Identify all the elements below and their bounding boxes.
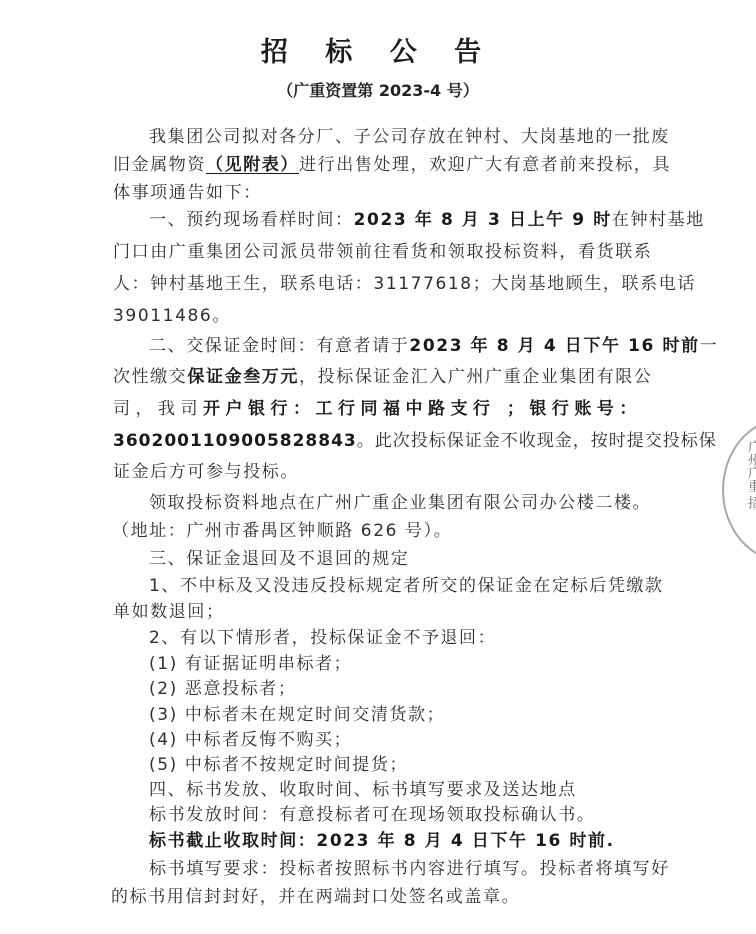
section3-heading: 三、保证金退回及不退回的规定 bbox=[149, 548, 684, 570]
bank-info: 开户银行：工行同福中路支行 ；银行账号： bbox=[203, 399, 642, 419]
section2-text: 次性缴交 bbox=[113, 367, 187, 387]
section4-heading: 四、标书发放、收取时间、标书填写要求及送达地点 bbox=[149, 779, 684, 801]
forfeit-case-2: (2) 恶意投标者； bbox=[149, 678, 684, 700]
intro-line-2: 旧金属物资（见附表）进行出售处理，欢迎广大有意者前来投标，具 bbox=[113, 154, 648, 176]
section2-line-1: 二、交保证金时间：有意者请于2023 年 8 月 4 日下午 16 时前一 bbox=[149, 335, 648, 357]
section1-line-3: 人：钟村基地王生，联系电话：31177618；大岗基地顾生，联系电话 bbox=[113, 273, 648, 295]
section2-text: ，投标保证金汇入广州广重企业集团有限公 bbox=[299, 367, 652, 387]
document-title: 招 标 公 告 bbox=[0, 30, 756, 69]
deposit-amount: 保证金叁万元 bbox=[187, 367, 299, 387]
intro-line-3: 体事项通告如下： bbox=[113, 182, 648, 204]
section2-line-4: 3602001109005828843。此次投标保证金不收现金，按时提交投标保 bbox=[113, 430, 648, 452]
intro-text: 进行出售处理，欢迎广大有意者前来投标，具 bbox=[299, 155, 671, 175]
section2-text: 司，我司 bbox=[113, 399, 203, 419]
pickup-address: （地址：广州市番禺区钟顺路 626 号）。 bbox=[112, 520, 647, 542]
section1-label: 一、预约现场看样时间： bbox=[149, 210, 354, 230]
section2-line-2: 次性缴交保证金叁万元，投标保证金汇入广州广重企业集团有限公 bbox=[113, 366, 648, 388]
forfeit-case-1: (1) 有证据证明串标者； bbox=[149, 653, 684, 675]
bid-fill-requirement-line-2: 的标书用信封封好，并在两端封口处签名或盖章。 bbox=[111, 886, 646, 908]
section1-line-4: 39011486。 bbox=[113, 305, 648, 327]
bid-fill-requirement-line-1: 标书填写要求：投标者按照标书内容进行填写。投标者将填写好 bbox=[149, 858, 648, 880]
section1-text: 在钟村基地 bbox=[612, 210, 705, 230]
viewing-time: 2023 年 8 月 3 日上午 9 时 bbox=[354, 210, 612, 230]
section1-line-1: 一、预约现场看样时间：2023 年 8 月 3 日上午 9 时在钟村基地 bbox=[149, 209, 648, 231]
section3-item1-line-2: 单如数退回； bbox=[113, 601, 648, 623]
deposit-deadline: 2023 年 8 月 4 日下午 16 时前 bbox=[409, 336, 699, 356]
section2-text: 。此次投标保证金不收现金，按时提交投标保 bbox=[357, 431, 717, 451]
intro-line-1: 我集团公司拟对各分厂、子公司存放在钟村、大岗基地的一批废 bbox=[149, 126, 648, 148]
forfeit-case-4: (4) 中标者反悔不购买； bbox=[149, 729, 684, 751]
forfeit-case-5: (5) 中标者不按规定时间提货； bbox=[149, 754, 684, 776]
section2-label: 二、交保证金时间：有意者请于 bbox=[149, 336, 409, 356]
intro-text: 旧金属物资 bbox=[113, 155, 206, 175]
section2-line-5: 证金后方可参与投标。 bbox=[113, 461, 648, 483]
section2-text: 一 bbox=[700, 336, 719, 356]
bank-account-number: 3602001109005828843 bbox=[113, 431, 357, 451]
section1-line-2: 门口由广重集团公司派员带领前往看货和领取投标资料，看货联系 bbox=[113, 241, 648, 263]
section2-line-3: 司，我司开户银行：工行同福中路支行 ；银行账号： bbox=[113, 398, 648, 420]
pickup-location: 领取投标资料地点在广州广重企业集团有限公司办公楼二楼。 bbox=[149, 492, 648, 514]
attachment-link[interactable]: （见附表） bbox=[206, 155, 299, 175]
section3-item1-line-1: 1、不中标及又没违反投标规定者所交的保证金在定标后凭缴款 bbox=[149, 575, 648, 597]
forfeit-case-3: (3) 中标者未在规定时间交清货款； bbox=[149, 704, 684, 726]
document-number: （广重资置第 2023-4 号） bbox=[0, 78, 756, 101]
seal-stamp-text: 广州广重 招 bbox=[740, 440, 756, 509]
tender-notice-page: 招 标 公 告 （广重资置第 2023-4 号） 我集团公司拟对各分厂、子公司存… bbox=[0, 0, 756, 934]
bid-deadline: 标书截止收取时间：2023 年 8 月 4 日下午 16 时前. bbox=[149, 830, 684, 852]
section3-item2: 2、有以下情形者，投标保证金不予退回： bbox=[149, 627, 684, 649]
bid-issue-time: 标书发放时间：有意投标者可在现场领取投标确认书。 bbox=[149, 804, 684, 826]
